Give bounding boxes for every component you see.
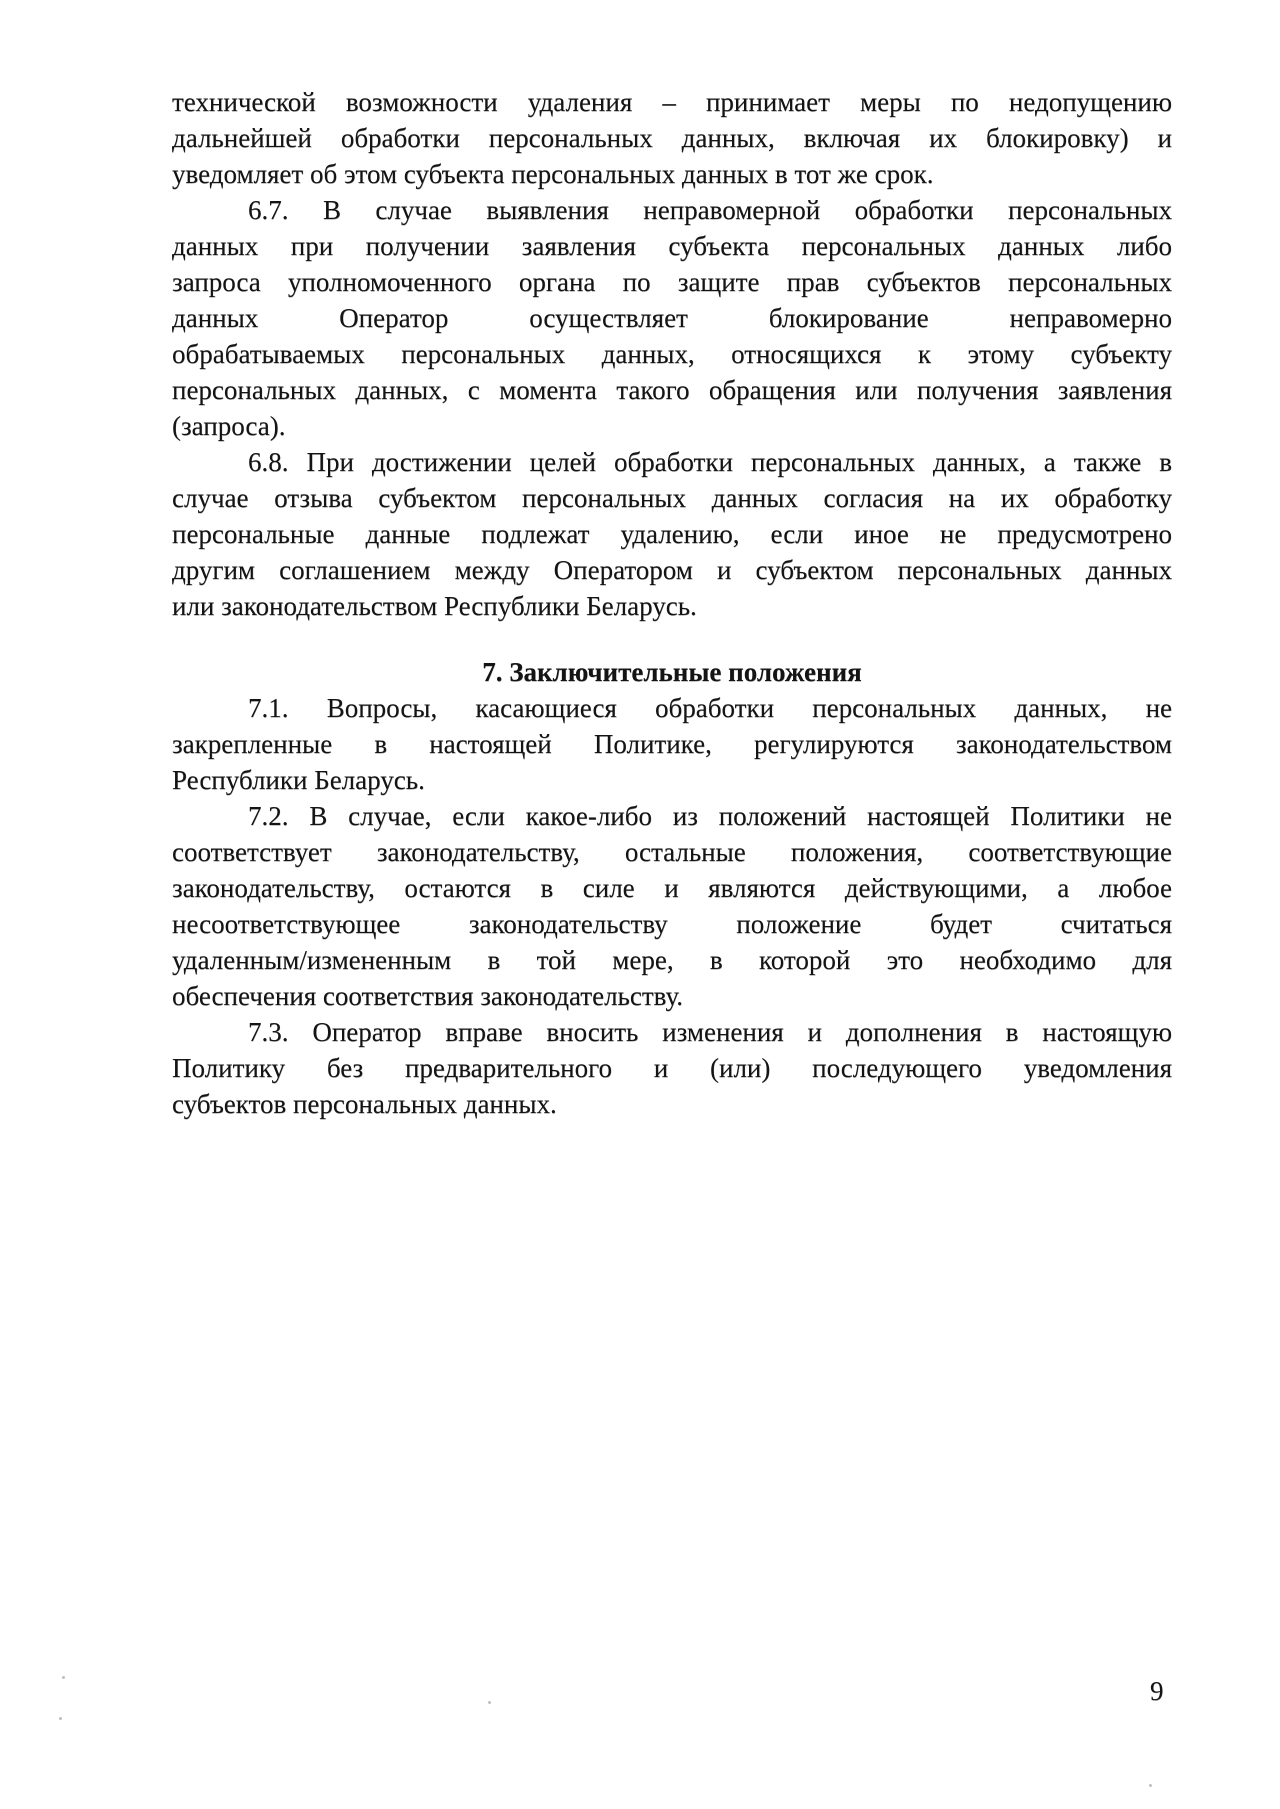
text-line: 7.2. В случае, если какое-либо из положе… xyxy=(172,798,1172,834)
text-line: (запроса). xyxy=(172,408,1172,444)
text-line: закрепленные в настоящей Политике, регул… xyxy=(172,726,1172,762)
paragraph-6-6-continuation: технической возможности удаления – прини… xyxy=(172,84,1172,192)
text-line: технической возможности удаления – прини… xyxy=(172,84,1172,120)
text-line: 7.1. Вопросы, касающиеся обработки персо… xyxy=(172,690,1172,726)
section-heading-7: 7. Заключительные положения xyxy=(172,654,1172,690)
paragraph-7-3: 7.3. Оператор вправе вносить изменения и… xyxy=(172,1014,1172,1122)
text-line: персональные данные подлежат удалению, е… xyxy=(172,516,1172,552)
text-line: уведомляет об этом субъекта персональных… xyxy=(172,156,1172,192)
text-line: запроса уполномоченного органа по защите… xyxy=(172,264,1172,300)
text-line: персональных данных, с момента такого об… xyxy=(172,372,1172,408)
text-line: 6.8. При достижении целей обработки перс… xyxy=(172,444,1172,480)
text-body: технической возможности удаления – прини… xyxy=(172,84,1172,1122)
page-number: 9 xyxy=(1150,1674,1164,1708)
scan-artifact-dot xyxy=(488,1701,491,1704)
paragraph-7-1: 7.1. Вопросы, касающиеся обработки персо… xyxy=(172,690,1172,798)
paragraph-6-7: 6.7. В случае выявления неправомерной об… xyxy=(172,192,1172,444)
paragraph-6-8: 6.8. При достижении целей обработки перс… xyxy=(172,444,1172,624)
text-line: законодательству, остаются в силе и явля… xyxy=(172,870,1172,906)
text-line: или законодательством Республики Беларус… xyxy=(172,588,1172,624)
text-line: 6.7. В случае выявления неправомерной об… xyxy=(172,192,1172,228)
text-line: удаленным/измененным в той мере, в котор… xyxy=(172,942,1172,978)
text-line: несоответствующее законодательству полож… xyxy=(172,906,1172,942)
text-line: данных при получении заявления субъекта … xyxy=(172,228,1172,264)
text-line: данных Оператор осуществляет блокировани… xyxy=(172,300,1172,336)
text-line: 7.3. Оператор вправе вносить изменения и… xyxy=(172,1014,1172,1050)
text-line: субъектов персональных данных. xyxy=(172,1086,1172,1122)
text-line: дальнейшей обработки персональных данных… xyxy=(172,120,1172,156)
scan-artifact-dot xyxy=(62,1676,65,1679)
text-line: случае отзыва субъектом персональных дан… xyxy=(172,480,1172,516)
text-line: Политику без предварительного и (или) по… xyxy=(172,1050,1172,1086)
text-line: другим соглашением между Оператором и су… xyxy=(172,552,1172,588)
scan-artifact-dot xyxy=(59,1717,62,1720)
text-line: обеспечения соответствия законодательств… xyxy=(172,978,1172,1014)
text-line: обрабатываемых персональных данных, отно… xyxy=(172,336,1172,372)
text-line: соответствует законодательству, остальны… xyxy=(172,834,1172,870)
paragraph-7-2: 7.2. В случае, если какое-либо из положе… xyxy=(172,798,1172,1014)
text-line: Республики Беларусь. xyxy=(172,762,1172,798)
document-page: технической возможности удаления – прини… xyxy=(0,0,1280,1809)
scan-artifact-dot xyxy=(1149,1784,1152,1787)
